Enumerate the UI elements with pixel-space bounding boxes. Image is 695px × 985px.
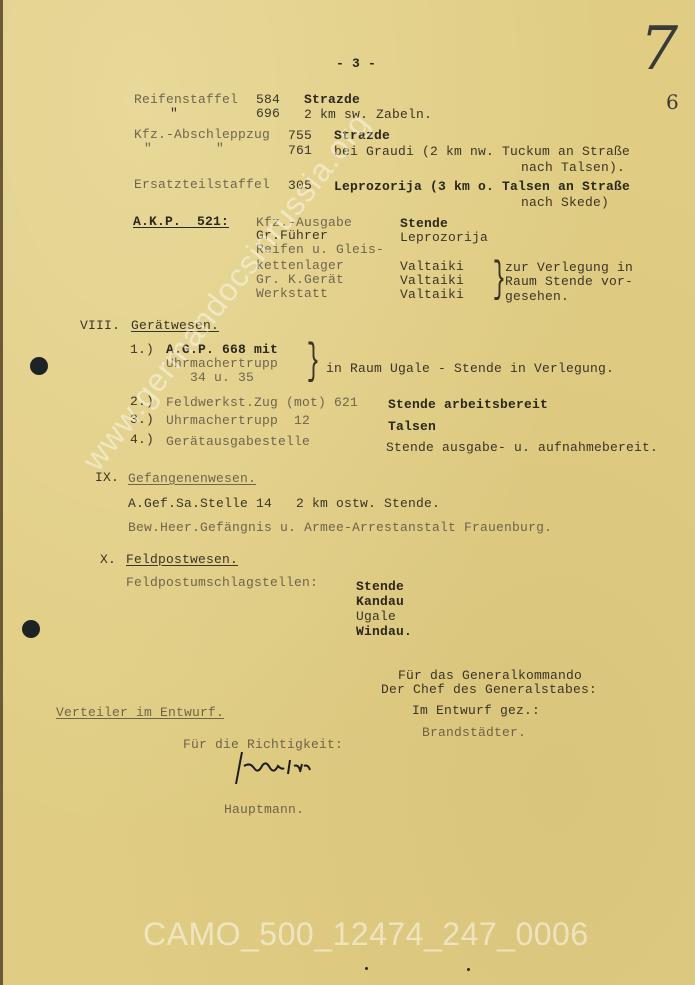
closing-chief: Der Chef des Generalstabes:	[381, 682, 597, 697]
handwritten-small-mark: 6	[666, 90, 679, 114]
page-edge	[0, 0, 3, 985]
section-line: Bew.Heer.Gefängnis u. Armee-Arrestanstal…	[128, 520, 552, 535]
item-number: 1.)	[130, 342, 154, 357]
post-location: Ugale	[356, 609, 396, 624]
punch-hole-top	[30, 357, 48, 375]
unit-location-cont: nach Skede)	[521, 195, 609, 210]
post-location: Kandau	[356, 594, 404, 609]
brace-icon: }	[493, 258, 506, 302]
unit-location: Leprozorija (3 km o. Talsen an Straße	[334, 179, 630, 194]
item-line: 34 u. 35	[190, 370, 254, 385]
rank-label: Hauptmann.	[224, 802, 304, 817]
unit-location: Strazde	[304, 92, 360, 107]
unit-number: 755	[288, 128, 312, 143]
unit-name: "	[170, 106, 178, 121]
section-line: A.Gef.Sa.Stelle 14 2 km ostw. Stende.	[128, 496, 440, 511]
akp-location: Valtaiki	[400, 273, 464, 288]
section-title: Feldpostwesen.	[126, 552, 238, 567]
akp-location: Stende	[400, 216, 448, 231]
akp-note: zur Verlegung in	[505, 260, 633, 275]
brace-icon: }	[307, 340, 320, 384]
distribution-note: Verteiler im Entwurf.	[56, 705, 224, 720]
item-location: Talsen	[388, 419, 436, 434]
closing-signer: Brandstädter.	[422, 725, 526, 740]
unit-name: Ersatzteilstaffel	[134, 177, 270, 192]
unit-name: Kfz.-Abschleppzug	[134, 127, 270, 142]
item-location: Stende ausgabe- u. aufnahmebereit.	[386, 440, 658, 455]
post-location: Stende	[356, 579, 404, 594]
akp-note: Raum Stende vor-	[505, 274, 633, 289]
unit-location: bei Graudi (2 km nw. Tuckum an Straße	[334, 144, 630, 159]
item-location: in Raum Ugale - Stende in Verlegung.	[326, 361, 614, 376]
section-title: Gefangenenwesen.	[128, 471, 256, 486]
akp-label: A.K.P. 521:	[133, 214, 229, 229]
akp-location: Valtaiki	[400, 259, 464, 274]
closing-for-command: Für das Generalkommando	[398, 668, 582, 683]
unit-name: " "	[144, 141, 224, 156]
punch-hole-bottom	[22, 620, 40, 638]
akp-location: Valtaiki	[400, 287, 464, 302]
closing-draft-signed: Im Entwurf gez.:	[412, 703, 540, 718]
unit-name: Reifenstaffel	[134, 92, 238, 107]
unit-number: 696	[256, 106, 280, 121]
unit-location-cont: nach Talsen).	[521, 160, 625, 175]
akp-item: Gr. K.Gerät	[256, 272, 344, 287]
unit-number: 584	[256, 92, 280, 107]
akp-note: gesehen.	[505, 289, 569, 304]
item-location: Stende arbeitsbereit	[388, 397, 548, 412]
paper-speck	[467, 968, 470, 971]
archive-id: CAMO_500_12474_247_0006	[143, 916, 589, 953]
page-number: - 3 -	[336, 56, 376, 71]
section-numeral: X.	[100, 552, 116, 567]
akp-location: Leprozorija	[400, 230, 488, 245]
item-name: Feldwerkst.Zug (mot) 621	[166, 395, 358, 410]
signature-icon	[232, 748, 324, 788]
paper-speck	[365, 967, 368, 970]
item-name: Gerätausgabestelle	[166, 434, 310, 449]
section-label: Feldpostumschlagstellen:	[126, 575, 318, 590]
document-page: 7 6 - 3 - Reifenstaffel 584 Strazde " 69…	[0, 0, 695, 985]
post-location: Windau.	[356, 624, 412, 639]
section-numeral: VIII.	[80, 318, 120, 333]
akp-item: Werkstatt	[256, 286, 328, 301]
handwritten-page-mark: 7	[640, 14, 678, 84]
item-name: Uhrmachertrupp 12	[166, 413, 310, 428]
